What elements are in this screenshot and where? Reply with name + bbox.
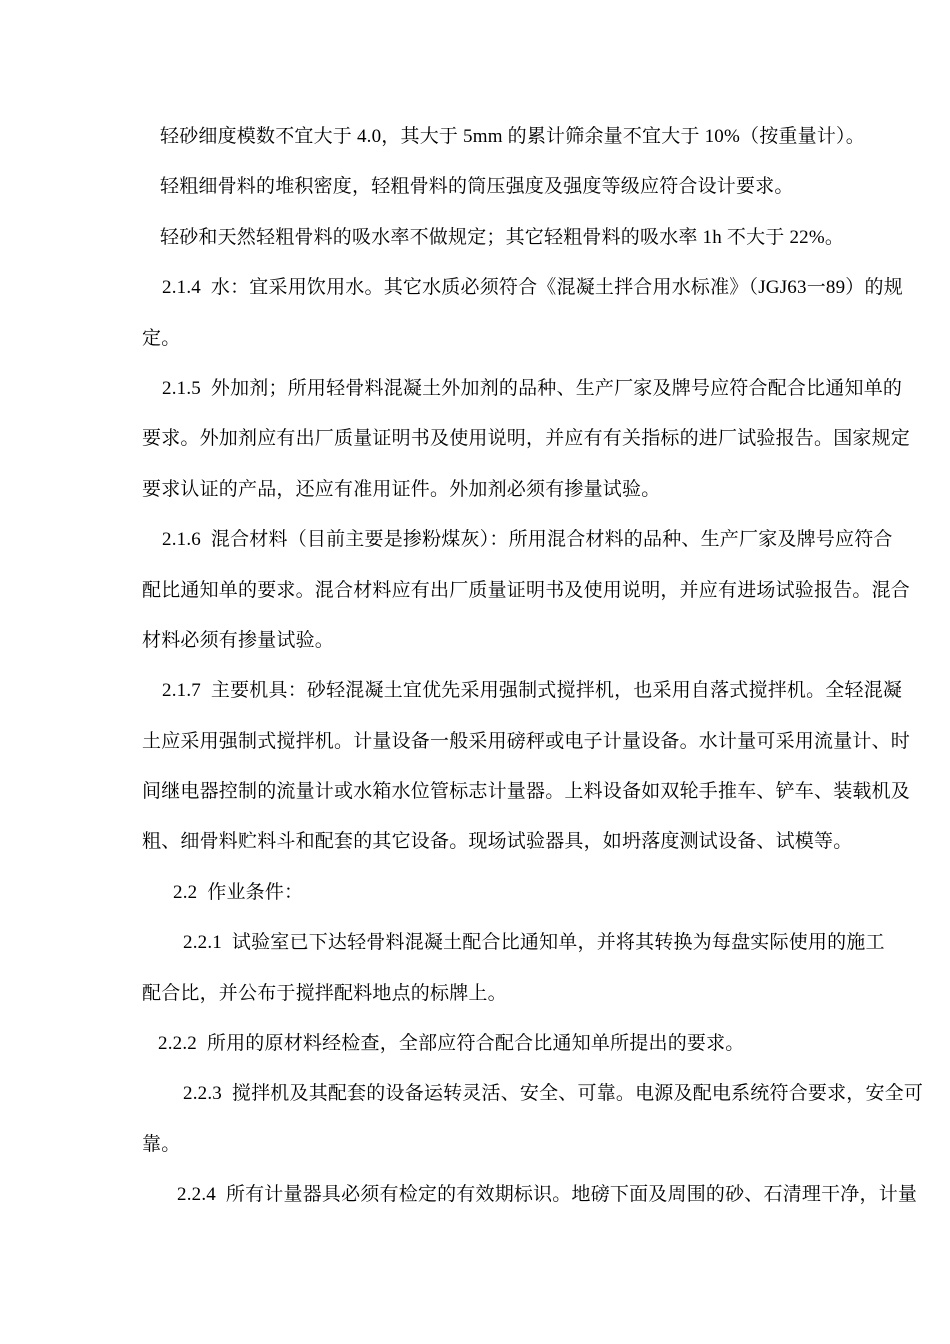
document-page: 轻砂细度模数不宜大于 4.0，其大于 5mm 的累计筛余量不宜大于 10%（按重… xyxy=(0,0,950,1344)
document-body: 轻砂细度模数不宜大于 4.0，其大于 5mm 的累计筛余量不宜大于 10%（按重… xyxy=(142,112,912,1221)
text-line: 要求认证的产品，还应有准用证件。外加剂必须有掺量试验。 xyxy=(142,465,912,515)
text-line: 轻砂细度模数不宜大于 4.0，其大于 5mm 的累计筛余量不宜大于 10%（按重… xyxy=(142,112,912,162)
text-line: 配合比，并公布于搅拌配料地点的标牌上。 xyxy=(142,969,912,1019)
text-line: 材料必须有掺量试验。 xyxy=(142,616,912,666)
text-line-section-2-2-2: 2.2.2 所用的原材料经检查，全部应符合配合比通知单所提出的要求。 xyxy=(142,1019,912,1069)
text-line: 配比通知单的要求。混合材料应有出厂质量证明书及使用说明，并应有进场试验报告。混合 xyxy=(142,566,912,616)
text-line-section-2-1-7: 2.1.7 主要机具：砂轻混凝土宜优先采用强制式搅拌机，也采用自落式搅拌机。全轻… xyxy=(142,666,912,716)
text-line: 轻砂和天然轻粗骨料的吸水率不做规定；其它轻粗骨料的吸水率 1h 不大于 22%。 xyxy=(142,213,912,263)
text-line-section-2-1-5: 2.1.5 外加剂；所用轻骨料混凝土外加剂的品种、生产厂家及牌号应符合配合比通知… xyxy=(142,364,912,414)
text-line: 轻粗细骨料的堆积密度，轻粗骨料的筒压强度及强度等级应符合设计要求。 xyxy=(142,162,912,212)
text-line: 土应采用强制式搅拌机。计量设备一般采用磅秤或电子计量设备。水计量可采用流量计、时 xyxy=(142,717,912,767)
text-line-section-2-1-4: 2.1.4 水：宜采用饮用水。其它水质必须符合《混凝土拌合用水标准》（JGJ63… xyxy=(142,263,912,313)
text-line: 定。 xyxy=(142,314,912,364)
text-line-section-2-2: 2.2 作业条件： xyxy=(142,868,912,918)
text-line: 靠。 xyxy=(142,1120,912,1170)
text-line-section-2-2-1: 2.2.1 试验室已下达轻骨料混凝土配合比通知单，并将其转换为每盘实际使用的施工 xyxy=(142,918,912,968)
text-line: 间继电器控制的流量计或水箱水位管标志计量器。上料设备如双轮手推车、铲车、装载机及 xyxy=(142,767,912,817)
text-line: 粗、细骨料贮料斗和配套的其它设备。现场试验器具，如坍落度测试设备、试模等。 xyxy=(142,817,912,867)
text-line-section-2-1-6: 2.1.6 混合材料（目前主要是掺粉煤灰）：所用混合材料的品种、生产厂家及牌号应… xyxy=(142,515,912,565)
text-line-section-2-2-4: 2.2.4 所有计量器具必须有检定的有效期标识。地磅下面及周围的砂、石清理干净，… xyxy=(142,1170,912,1220)
text-line: 要求。外加剂应有出厂质量证明书及使用说明，并应有有关指标的进厂试验报告。国家规定 xyxy=(142,414,912,464)
text-line-section-2-2-3: 2.2.3 搅拌机及其配套的设备运转灵活、安全、可靠。电源及配电系统符合要求，安… xyxy=(142,1069,912,1119)
